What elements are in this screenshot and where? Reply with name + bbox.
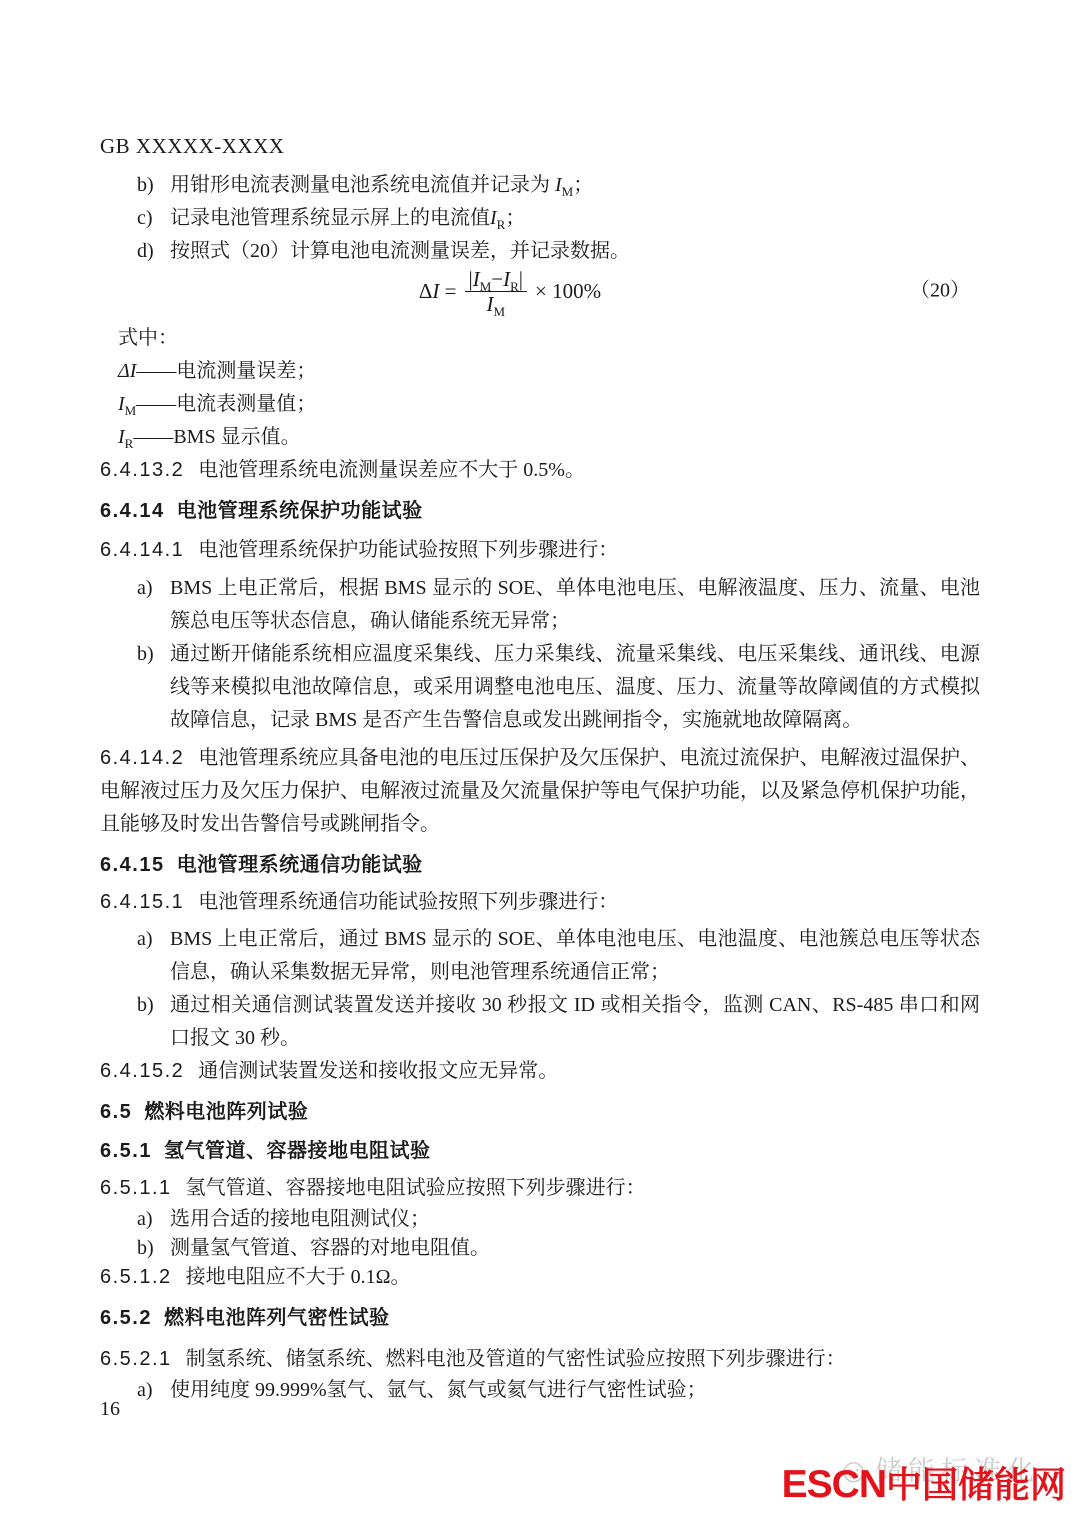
step-list-6-4-15: a) BMS 上电正常后，通过 BMS 显示的 SOE、单体电池电压、电池温度、… [137, 923, 980, 1055]
heading-6-5-1: 6.5.1氢气管道、容器接地电阻试验 [100, 1135, 980, 1168]
clause-6-5-1-2: 6.5.1.2接地电阻应不大于 0.1Ω。 [100, 1263, 980, 1292]
list-item-text: 记录电池管理系统显示屏上的电流值IR； [170, 202, 980, 235]
page-content: GB XXXXX-XXXX b) 用钳形电流表测量电池系统电流值并记录为 IM；… [100, 130, 980, 1405]
step-list-current-measure: b) 用钳形电流表测量电池系统电流值并记录为 IM； c) 记录电池管理系统显示… [137, 169, 980, 268]
step-list-6-5-2: a) 使用纯度 99.999%氢气、氩气、氮气或氦气进行气密性试验； [137, 1376, 980, 1405]
list-item: c) 记录电池管理系统显示屏上的电流值IR； [137, 202, 980, 235]
clause-6-4-13-2: 6.4.13.2电池管理系统电流测量误差应不大于 0.5%。 [100, 454, 980, 487]
fraction: |IM−IR| IM [465, 267, 528, 316]
step-list-6-5-1: a) 选用合适的接地电阻测试仪； b) 测量氢气管道、容器的对地电阻值。 [137, 1205, 980, 1263]
clause-6-4-14-1: 6.4.14.1电池管理系统保护功能试验按照下列步骤进行： [100, 534, 980, 567]
page-number: 16 [100, 1393, 120, 1426]
clause-6-4-14-2: 6.4.14.2电池管理系统应具备电池的电压过压保护及欠压保护、电流过流保护、电… [100, 742, 980, 841]
escn-logo: ESCN中国储能网 [782, 1466, 1066, 1510]
list-item: b) 用钳形电流表测量电池系统电流值并记录为 IM； [137, 169, 980, 202]
where-block: 式中： ΔI——电流测量误差； IM——电流表测量值； IR——BMS 显示值。 [118, 322, 980, 454]
equation-20: ΔI = |IM−IR| IM × 100% （20） [100, 260, 980, 322]
step-list-6-4-14: a) BMS 上电正常后，根据 BMS 显示的 SOE、单体电池电压、电解液温度… [137, 572, 980, 737]
doc-code: GB XXXXX-XXXX [100, 130, 980, 163]
list-item-label: c) [137, 202, 170, 235]
where-def: IM——电流表测量值； [118, 388, 980, 421]
where-def: ΔI——电流测量误差； [118, 355, 980, 388]
clause-6-5-1-1: 6.5.1.1氢气管道、容器接地电阻试验应按照下列步骤进行： [100, 1172, 980, 1205]
list-item: b) 通过相关通信测试装置发送并接收 30 秒报文 ID 或相关指令，监测 CA… [137, 989, 980, 1055]
logo-text-en: ESCN [782, 1463, 886, 1506]
where-def: IR——BMS 显示值。 [118, 421, 980, 454]
clause-6-5-2-1: 6.5.2.1制氢系统、储氢系统、燃料电池及管道的气密性试验应按照下列步骤进行： [100, 1343, 980, 1376]
list-item: a) BMS 上电正常后，通过 BMS 显示的 SOE、单体电池电压、电池温度、… [137, 923, 980, 989]
document-page: GB XXXXX-XXXX b) 用钳形电流表测量电池系统电流值并记录为 IM；… [0, 0, 1080, 1528]
clause-6-4-15-2: 6.4.15.2通信测试装置发送和接收报文应无异常。 [100, 1055, 980, 1088]
list-item-text: 用钳形电流表测量电池系统电流值并记录为 IM； [170, 169, 980, 202]
equation-number: （20） [910, 275, 970, 308]
heading-6-4-14: 6.4.14电池管理系统保护功能试验 [100, 495, 980, 528]
heading-6-5: 6.5燃料电池阵列试验 [100, 1096, 980, 1129]
list-item: a) 选用合适的接地电阻测试仪； [137, 1205, 980, 1234]
list-item: b) 测量氢气管道、容器的对地电阻值。 [137, 1234, 980, 1263]
list-item: b) 通过断开储能系统相应温度采集线、压力采集线、流量采集线、电压采集线、通讯线… [137, 638, 980, 737]
equation-body: ΔI = |IM−IR| IM × 100% [419, 267, 601, 316]
heading-6-4-15: 6.4.15电池管理系统通信功能试验 [100, 849, 980, 882]
list-item: a) 使用纯度 99.999%氢气、氩气、氮气或氦气进行气密性试验； [137, 1376, 980, 1405]
list-item-label: b) [137, 169, 170, 202]
heading-6-5-2: 6.5.2燃料电池阵列气密性试验 [100, 1302, 980, 1335]
where-label: 式中： [118, 322, 980, 355]
list-item: a) BMS 上电正常后，根据 BMS 显示的 SOE、单体电池电压、电解液温度… [137, 572, 980, 638]
logo-text-cn: 中国储能网 [886, 1464, 1066, 1505]
clause-6-4-15-1: 6.4.15.1电池管理系统通信功能试验按照下列步骤进行： [100, 886, 980, 919]
